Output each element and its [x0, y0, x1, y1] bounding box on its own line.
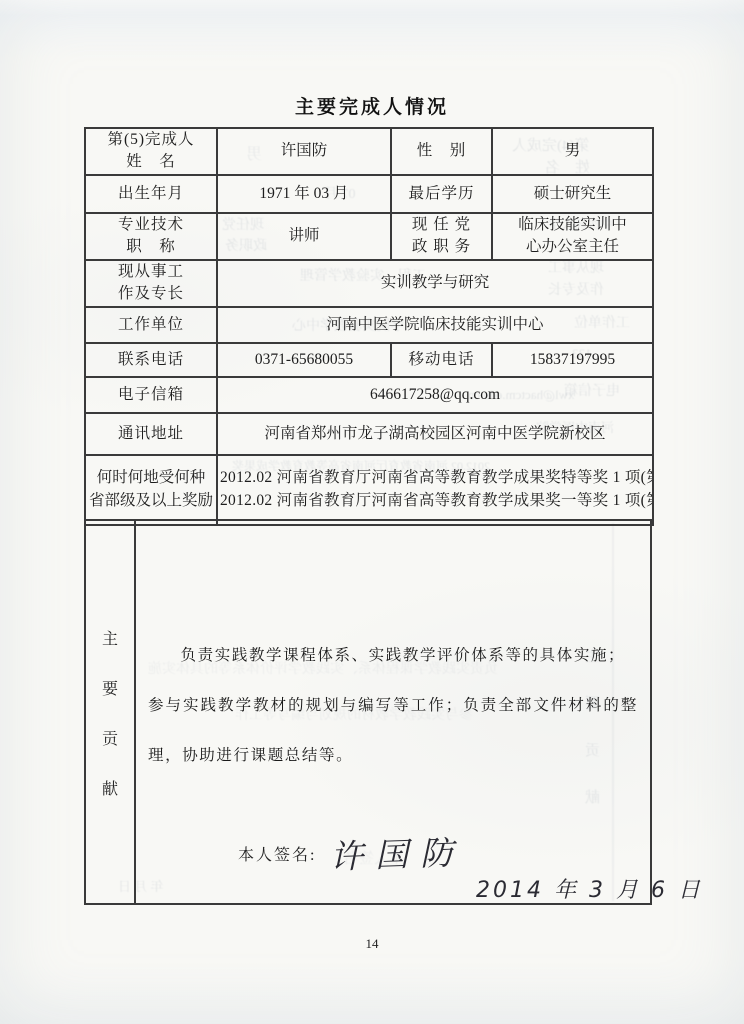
contribution-paragraph: 参与实践教学教材的规划与编写等工作；负责全部文件材料的整理，协助进行课题总结等。 — [148, 681, 638, 781]
completer-info-table: 第(5)完成人 姓 名 许国防 性 别 男 出生年月 1971 年 03 月 最… — [84, 127, 654, 526]
table-row: 专业技术 职 称 讲师 现 任 党 政 职 务 临床技能实训中 心办公室主任 — [85, 213, 653, 260]
contribution-text: 负责实践教学课程体系、实践教学评价体系等的具体实施； 参与实践教学教材的规划与编… — [148, 631, 638, 781]
education-value: 硕士研究生 — [492, 175, 653, 213]
employer-value: 河南中医学院临床技能实训中心 — [217, 307, 653, 343]
employer-label: 工作单位 — [85, 307, 217, 343]
signature-label: 本人签名: — [238, 847, 316, 864]
table-row: 通讯地址 河南省郑州市龙子湖高校园区河南中医学院新校区 — [85, 413, 653, 455]
phone-label: 联系电话 — [85, 343, 217, 377]
address-label: 通讯地址 — [85, 413, 217, 455]
table-row: 第(5)完成人 姓 名 许国防 性 别 男 — [85, 128, 653, 175]
signature-line: 本人签名: 许国防 — [238, 829, 465, 876]
page-title: 主要完成人情况 — [0, 92, 744, 119]
label-char: 要 — [102, 676, 118, 699]
award-line: 2012.02 河南省教育厅河南省高等教育教学成果奖特等奖 1 项(第 6) — [220, 467, 650, 489]
main-contribution-section: 主 要 贡 献 负责实践教学课程体系、实践教学评价体系等的具体实施； 参与实践教… — [84, 519, 652, 905]
current-work-label: 现从事工 作及专长 — [85, 260, 217, 307]
table-row: 工作单位 河南中医学院临床技能实训中心 — [85, 307, 653, 343]
table-row: 电子信箱 646617258@qq.com — [85, 377, 653, 413]
contribution-paragraph: 负责实践教学课程体系、实践教学评价体系等的具体实施； — [148, 631, 638, 681]
main-contribution-label: 主 要 贡 献 — [86, 521, 136, 903]
tech-title-value: 讲师 — [217, 213, 391, 260]
position-label: 现 任 党 政 职 务 — [391, 213, 492, 260]
gender-value: 男 — [492, 128, 653, 175]
mobile-label: 移动电话 — [391, 343, 492, 377]
mobile-value: 15837197995 — [492, 343, 653, 377]
email-value: 646617258@qq.com — [217, 377, 653, 413]
completer-name-value: 许国防 — [217, 128, 391, 175]
email-label: 电子信箱 — [85, 377, 217, 413]
address-value: 河南省郑州市龙子湖高校园区河南中医学院新校区 — [217, 413, 653, 455]
phone-value: 0371-65680055 — [217, 343, 391, 377]
table-row: 联系电话 0371-65680055 移动电话 15837197995 — [85, 343, 653, 377]
main-contribution-body: 负责实践教学课程体系、实践教学评价体系等的具体实施； 参与实践教学教材的规划与编… — [136, 521, 650, 903]
handwritten-date: 2014 年 3 月 6 日 — [476, 873, 703, 904]
current-work-value: 实训教学与研究 — [217, 260, 653, 307]
birth-label: 出生年月 — [85, 175, 217, 213]
handwritten-signature: 许国防 — [330, 827, 467, 879]
award-line: 2012.02 河南省教育厅河南省高等教育教学成果奖一等奖 1 项(第 5) — [220, 490, 650, 512]
education-label: 最后学历 — [391, 175, 492, 213]
page-number: 14 — [0, 936, 744, 952]
table-row: 何时何地受何种 省部级及以上奖励 2012.02 河南省教育厅河南省高等教育教学… — [85, 455, 653, 525]
gender-label: 性 别 — [391, 128, 492, 175]
table-row: 现从事工 作及专长 实训教学与研究 — [85, 260, 653, 307]
table-row: 出生年月 1971 年 03 月 最后学历 硕士研究生 — [85, 175, 653, 213]
tech-title-label: 专业技术 职 称 — [85, 213, 217, 260]
scanned-page: 第(4)完成人姓 名男07 月现任党政职务中医药大学工程，实验教学管理现从事工作… — [0, 0, 744, 1024]
birth-value: 1971 年 03 月 — [217, 175, 391, 213]
awards-value: 2012.02 河南省教育厅河南省高等教育教学成果奖特等奖 1 项(第 6) 2… — [217, 455, 653, 525]
label-char: 献 — [102, 776, 118, 799]
completer-name-label: 第(5)完成人 姓 名 — [85, 128, 217, 175]
awards-label: 何时何地受何种 省部级及以上奖励 — [85, 455, 217, 525]
position-value: 临床技能实训中 心办公室主任 — [492, 213, 653, 260]
label-char: 主 — [102, 626, 118, 649]
label-char: 贡 — [102, 726, 118, 749]
